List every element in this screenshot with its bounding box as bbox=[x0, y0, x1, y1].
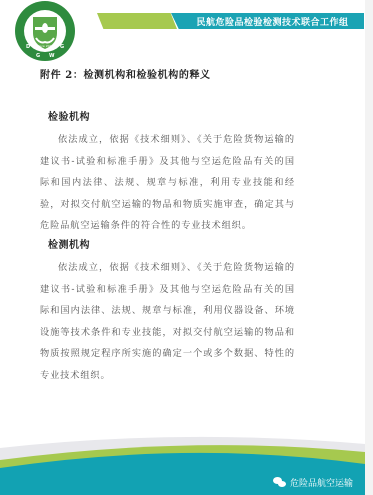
section-heading: 检测机构 bbox=[48, 236, 295, 251]
section-paragraph: 依法成立，依据《技术细则》、《关于危险货物运输的建议书-试验和标准手册》及其他与… bbox=[40, 257, 295, 386]
section-inspection-body: 检验机构 依法成立，依据《技术细则》、《关于危险货物运输的建议书-试验和标准手册… bbox=[40, 108, 295, 237]
header-green-band bbox=[97, 13, 177, 29]
footer-watermark: 危险品航空运输 bbox=[273, 476, 353, 489]
svg-text:G: G bbox=[60, 44, 64, 50]
document-page: Since 2019 D G W G 民航危险品检验检测技术联合工作组 附件 2… bbox=[0, 0, 365, 495]
svg-text:D: D bbox=[26, 44, 30, 50]
watermark-text: 危险品航空运输 bbox=[290, 476, 353, 489]
section-paragraph: 依法成立，依据《技术细则》、《关于危险货物运输的建议书-试验和标准手册》及其他与… bbox=[40, 129, 295, 237]
banner-title: 民航危险品检验检测技术联合工作组 bbox=[186, 15, 348, 28]
wechat-icon bbox=[273, 477, 287, 488]
svg-text:W: W bbox=[49, 53, 55, 59]
header-teal-band: 民航危险品检验检测技术联合工作组 bbox=[171, 13, 364, 29]
section-heading: 检验机构 bbox=[48, 108, 295, 123]
dgwg-logo-icon: Since 2019 D G W G bbox=[14, 0, 76, 62]
section-testing-body: 检测机构 依法成立，依据《技术细则》、《关于危险货物运输的建议书-试验和标准手册… bbox=[40, 236, 295, 386]
svg-text:G: G bbox=[36, 53, 40, 59]
attachment-title: 附件 2：检测机构和检验机构的释义 bbox=[40, 66, 211, 81]
svg-text:Since 2019: Since 2019 bbox=[37, 44, 54, 48]
page-edge bbox=[365, 0, 373, 495]
